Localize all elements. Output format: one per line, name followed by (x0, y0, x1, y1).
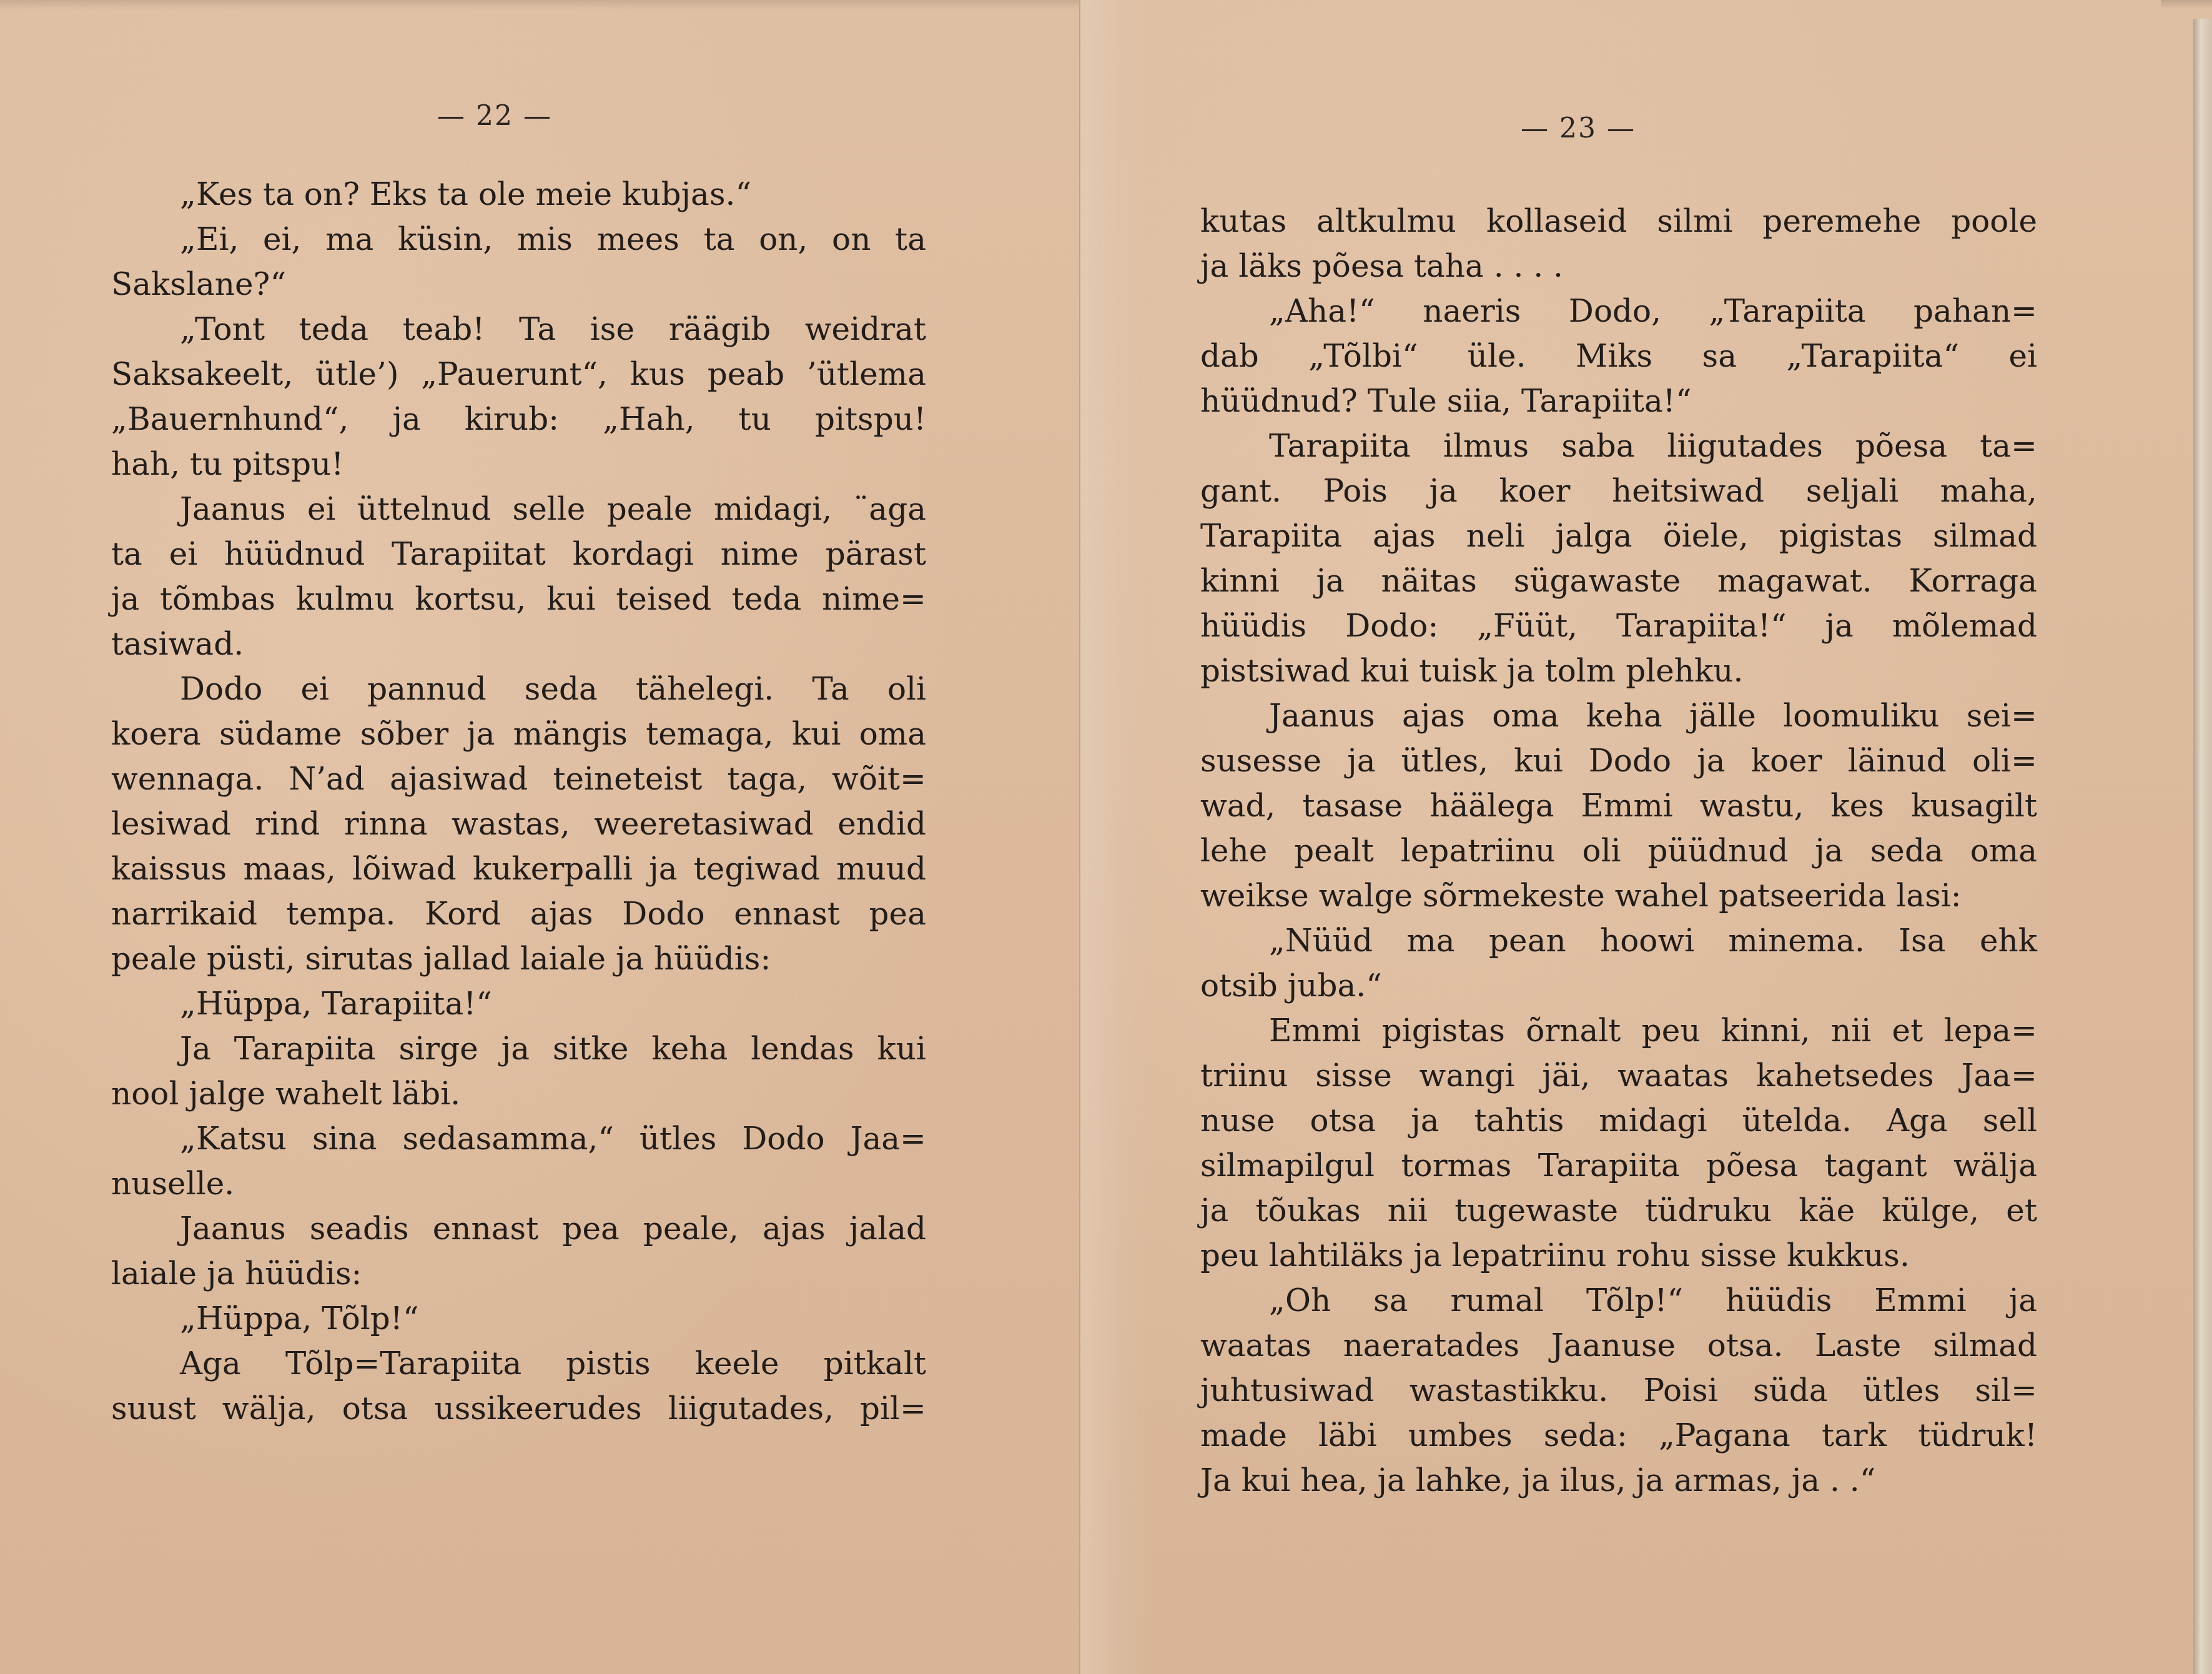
text-line: waatas naeratades Jaanuse otsa. Laste si… (1200, 1323, 2037, 1368)
text-line: nuse otsa ja tahtis midagi ütelda. Aga s… (1200, 1098, 2037, 1143)
text-line: triinu sisse wangi jäi, waatas kahetsede… (1200, 1053, 2037, 1098)
text-line: koera südame sõber ja mängis temaga, kui… (111, 711, 926, 756)
right-page-text: kutas altkulmu kollaseid silmi peremehe … (1200, 199, 2037, 1503)
text-line: Saksakeelt, ütle’) „Pauerunt“, kus peab … (111, 352, 926, 397)
text-line: tasiwad. (111, 622, 926, 666)
text-line: „Ei, ei, ma küsin, mis mees ta on, on ta (111, 217, 926, 262)
text-line: wennaga. N’ad ajasiwad teineteist taga, … (111, 756, 926, 801)
text-line: hüüdis Dodo: „Füüt, Tarapiita!“ ja mõlem… (1200, 603, 2037, 648)
text-line: Tarapiita ajas neli jalga öiele, pigista… (1200, 513, 2037, 558)
text-line: weikse walge sõrmekeste wahel patseerida… (1200, 873, 2037, 918)
text-line: Aga Tõlp=Tarapiita pistis keele pitkalt (111, 1341, 926, 1386)
text-line: „Katsu sina sedasamma,“ ütles Dodo Jaa= (111, 1116, 926, 1161)
text-line: Ja Tarapiita sirge ja sitke keha lendas … (111, 1026, 926, 1071)
text-line: dab „Tõlbi“ üle. Miks sa „Tarapiita“ ei (1200, 334, 2037, 379)
text-line: narrikaid tempa. Kord ajas Dodo ennast p… (111, 891, 926, 936)
text-line: hah, tu pitspu! (111, 442, 926, 487)
text-line: „Nüüd ma pean hoowi minema. Isa ehk (1200, 918, 2037, 963)
text-line: „Kes ta on? Eks ta ole meie kubjas.“ (111, 172, 926, 217)
text-line: lesiwad rind rinna wastas, weeretasiwad … (111, 801, 926, 846)
text-line: nool jalge wahelt läbi. (111, 1071, 926, 1116)
left-page-text: „Kes ta on? Eks ta ole meie kubjas.“ „Ei… (111, 172, 926, 1431)
text-line: wad, tasase häälega Emmi wastu, kes kusa… (1200, 783, 2037, 828)
text-line: hüüdnud? Tule siia, Tarapiita!“ (1200, 379, 2037, 423)
text-line: peu lahtiläks ja lepatriinu rohu sisse k… (1200, 1233, 2037, 1278)
page-number-left: — 22 — (437, 100, 552, 132)
text-line: „Tont teda teab! Ta ise räägib weidrat (111, 307, 926, 352)
text-line: „Hüppa, Tarapiita!“ (111, 981, 926, 1026)
text-line: nuselle. (111, 1161, 926, 1206)
text-line: ja tõukas nii tugewaste tüdruku käe külg… (1200, 1188, 2037, 1233)
book-spread: — 22 — „Kes ta on? Eks ta ole meie kubja… (0, 0, 2212, 1674)
text-line: ja tõmbas kulmu kortsu, kui teised teda … (111, 577, 926, 622)
text-line: „Bauernhund“, ja kirub: „Hah, tu pitspu! (111, 397, 926, 442)
text-line: „Hüppa, Tõlp!“ (111, 1296, 926, 1341)
text-line: made läbi umbes seda: „Pagana tark tüdru… (1200, 1413, 2037, 1458)
text-line: peale püsti, sirutas jallad laiale ja hü… (111, 936, 926, 981)
text-line: Ja kui hea, ja lahke, ja ilus, ja armas,… (1200, 1458, 2037, 1503)
page-fore-edge (2193, 19, 2212, 1674)
text-line: Jaanus ajas oma keha jälle loomuliku sei… (1200, 693, 2037, 738)
text-line: ja läks põesa taha . . . . (1200, 244, 2037, 289)
text-line: susesse ja ütles, kui Dodo ja koer läinu… (1200, 738, 2037, 783)
text-line: lehe pealt lepatriinu oli püüdnud ja sed… (1200, 828, 2037, 873)
text-line: pistsiwad kui tuisk ja tolm plehku. (1200, 648, 2037, 693)
page-number-right: — 23 — (1521, 112, 1636, 144)
text-line: Jaanus seadis ennast pea peale, ajas jal… (111, 1206, 926, 1251)
text-line: „Oh sa rumal Tõlp!“ hüüdis Emmi ja (1200, 1278, 2037, 1323)
text-line: Jaanus ei üttelnud selle peale midagi, ¨… (111, 487, 926, 532)
text-line: juhtusiwad wastastikku. Poisi süda ütles… (1200, 1368, 2037, 1413)
text-line: otsib juba.“ (1200, 963, 2037, 1008)
page-top-edge (0, 0, 1079, 10)
spine-gutter (1080, 0, 1149, 1674)
left-page: — 22 — „Kes ta on? Eks ta ole meie kubja… (0, 0, 1080, 1674)
text-line: Tarapiita ilmus saba liigutades põesa ta… (1200, 423, 2037, 468)
text-line: ta ei hüüdnud Tarapiitat kordagi nime pä… (111, 532, 926, 577)
text-line: kinni ja näitas sügawaste magawat. Korra… (1200, 558, 2037, 603)
text-line: gant. Pois ja koer heitsiwad seljali mah… (1200, 468, 2037, 513)
text-line: Emmi pigistas õrnalt peu kinni, nii et l… (1200, 1008, 2037, 1053)
text-line: suust wälja, otsa ussikeerudes liigutade… (111, 1386, 926, 1431)
text-line: kutas altkulmu kollaseid silmi peremehe … (1200, 199, 2037, 244)
text-line: silmapilgul tormas Tarapiita põesa tagan… (1200, 1143, 2037, 1188)
text-line: laiale ja hüüdis: (111, 1251, 926, 1296)
text-line: „Aha!“ naeris Dodo, „Tarapiita pahan= (1200, 289, 2037, 334)
text-line: Dodo ei pannud seda tähelegi. Ta oli (111, 666, 926, 711)
page-top-edge (2161, 0, 2212, 9)
text-line: Sakslane?“ (111, 262, 926, 307)
text-line: kaissus maas, lõiwad kukerpalli ja tegiw… (111, 846, 926, 891)
